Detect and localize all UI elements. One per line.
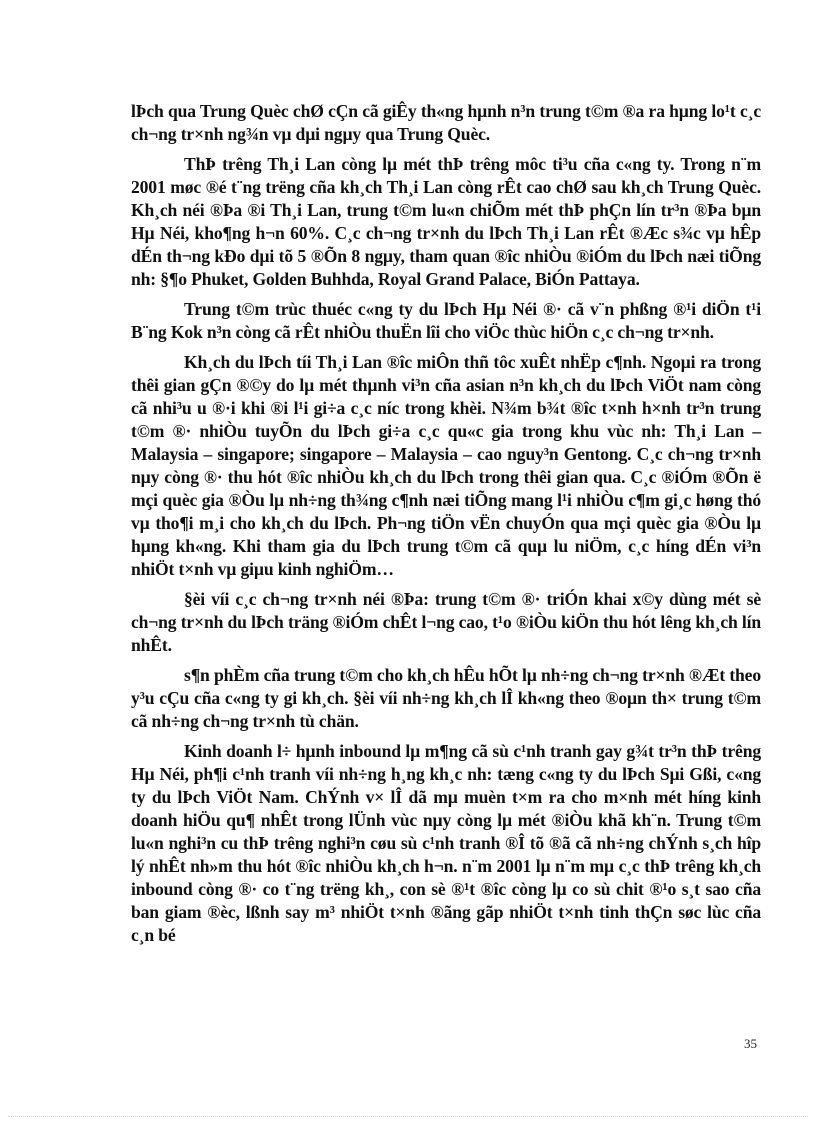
paragraph-products: s¶n phÈm cña trung t©m cho kh¸ch hÊu hÕt… — [131, 664, 761, 733]
page-number: 35 — [744, 1036, 757, 1052]
paragraph-china-continued: lÞch qua Trung Quèc chØ cÇn cã giÊy th«n… — [131, 100, 761, 146]
page-bottom-edge-divider — [8, 1116, 808, 1117]
paragraph-bangkok-office: Trung t©m trùc thuéc c«ng ty du lÞch Hµ … — [131, 298, 761, 344]
paragraph-domestic-programs: §èi víi c¸c ch¬ng tr×nh néi ®Þa: trung t… — [131, 588, 761, 657]
paragraph-inbound-competition: Kinh doanh l÷ hµnh inbound lµ m¶ng cã sù… — [131, 740, 761, 947]
document-page: lÞch qua Trung Quèc chØ cÇn cã giÊy th«n… — [0, 0, 816, 1123]
body-text: lÞch qua Trung Quèc chØ cÇn cã giÊy th«n… — [131, 100, 761, 954]
paragraph-asean-routes: Kh¸ch du lÞch tíi Th¸i Lan ®îc miÔn thñ … — [131, 351, 761, 581]
paragraph-thailand-market: ThÞ trêng Th¸i Lan còng lµ mét thÞ trêng… — [131, 153, 761, 291]
